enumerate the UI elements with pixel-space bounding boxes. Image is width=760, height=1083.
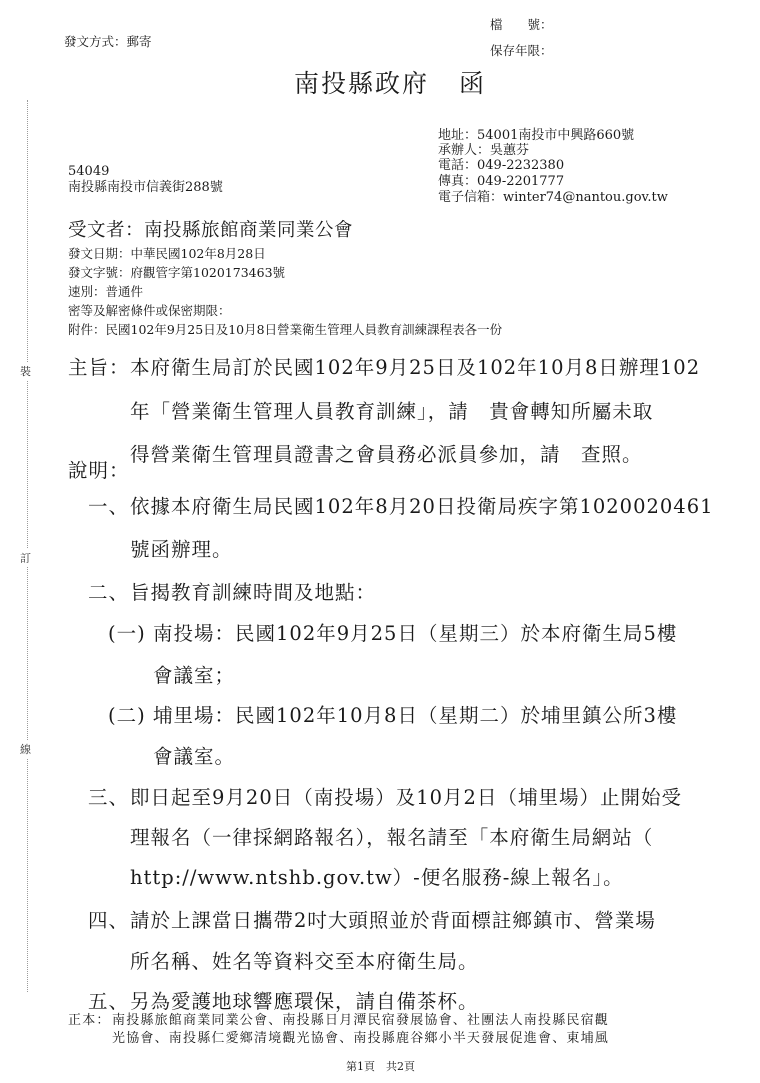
document-title: 南投縣政府函	[294, 64, 486, 100]
item-line: 依據本府衛生局民國102年8月20日投衛局疾字第1020020461	[130, 496, 714, 518]
item-number: 一、	[88, 496, 129, 518]
item-number: 三、	[88, 787, 129, 809]
item-number: 四、	[88, 910, 129, 932]
cc-line: 南投縣旅館商業同業公會、南投縣日月潭民宿發展協會、社團法人南投縣民宿觀	[112, 1009, 609, 1028]
subitem-number: (一)	[108, 623, 146, 645]
contact-phone: 電話：049-2232380	[438, 158, 564, 174]
item-line: 請於上課當日攜帶2吋大頭照並於背面標註鄉鎮市、營業場	[130, 910, 656, 932]
attachment: 附件：民國102年9月25日及10月8日營業衛生管理人員教育訓練課程表各一份	[68, 322, 502, 337]
contact-handler: 承辦人：吳蕙芬	[438, 143, 529, 159]
contact-email: 電子信箱：winter74@nantou.gov.tw	[438, 190, 668, 206]
page-number: 第1頁 共2頁	[346, 1058, 415, 1074]
subject-line: 年「營業衛生管理人員教育訓練」，請 貴會轉知所屬未取	[130, 401, 653, 423]
binding-mark-ding: 訂	[20, 549, 31, 567]
subitem-line: 埔里場：民國102年10月8日（星期二）於埔里鎮公所3樓	[153, 705, 677, 727]
contact-address: 地址：54001南投市中興路660號	[438, 128, 634, 144]
cc-line: 光協會、南投縣仁愛鄉清境觀光協會、南投縣鹿谷鄉小半天發展促進會、東埔風	[112, 1027, 609, 1046]
document-number: 發文字號：府觀管字第1020173463號	[68, 265, 285, 280]
item-number: 二、	[88, 582, 129, 604]
item-line: 號函辦理。	[130, 539, 233, 561]
subitem-line: 會議室。	[153, 746, 235, 768]
mailing-postal-code: 54049	[68, 164, 109, 180]
recipient: 受文者：南投縣旅館商業同業公會	[68, 216, 353, 242]
subitem-line: 南投場：民國102年9月25日（星期三）於本府衛生局5樓	[153, 623, 677, 645]
classification: 密等及解密條件或保密期限：	[68, 303, 231, 318]
explanation-label: 說明：	[68, 460, 130, 482]
subject-label: 主旨：	[68, 357, 130, 379]
mailing-address: 南投縣南投市信義街288號	[68, 180, 223, 196]
agency-name: 南投縣政府	[294, 69, 429, 98]
delivery-method: 發文方式：郵寄	[64, 34, 152, 49]
subitem-number: (二)	[108, 705, 146, 727]
contact-fax: 傳真：049-2201777	[438, 174, 564, 190]
binding-dotted-line	[27, 100, 28, 992]
file-number-label: 檔 號：	[490, 17, 553, 32]
subject-line: 本府衛生局訂於民國102年9月25日及102年10月8日辦理102	[130, 357, 700, 379]
document-type: 函	[459, 69, 486, 98]
subject-line: 得營業衛生管理員證書之會員務必派員參加，請 查照。	[130, 444, 643, 466]
cc-label: 正本：	[68, 1009, 111, 1028]
binding-mark-zhuang: 裝	[20, 362, 31, 380]
item-line: 即日起至9月20日（南投場）及10月2日（埔里場）止開始受	[130, 787, 682, 809]
item-line-url: http://www.ntshb.gov.tw）-便名服務-線上報名」。	[130, 867, 624, 889]
binding-mark-xian: 線	[20, 740, 31, 758]
item-line: 旨揭教育訓練時間及地點：	[130, 582, 376, 604]
issue-date: 發文日期：中華民國102年8月28日	[68, 246, 266, 261]
speed-category: 速別：普通件	[68, 284, 143, 299]
item-line: 所名稱、姓名等資料交至本府衛生局。	[130, 951, 479, 973]
retention-period-label: 保存年限：	[490, 43, 553, 58]
subitem-line: 會議室；	[153, 665, 235, 687]
item-line: 理報名（一律採網路報名），報名請至「本府衛生局網站（	[130, 827, 653, 849]
